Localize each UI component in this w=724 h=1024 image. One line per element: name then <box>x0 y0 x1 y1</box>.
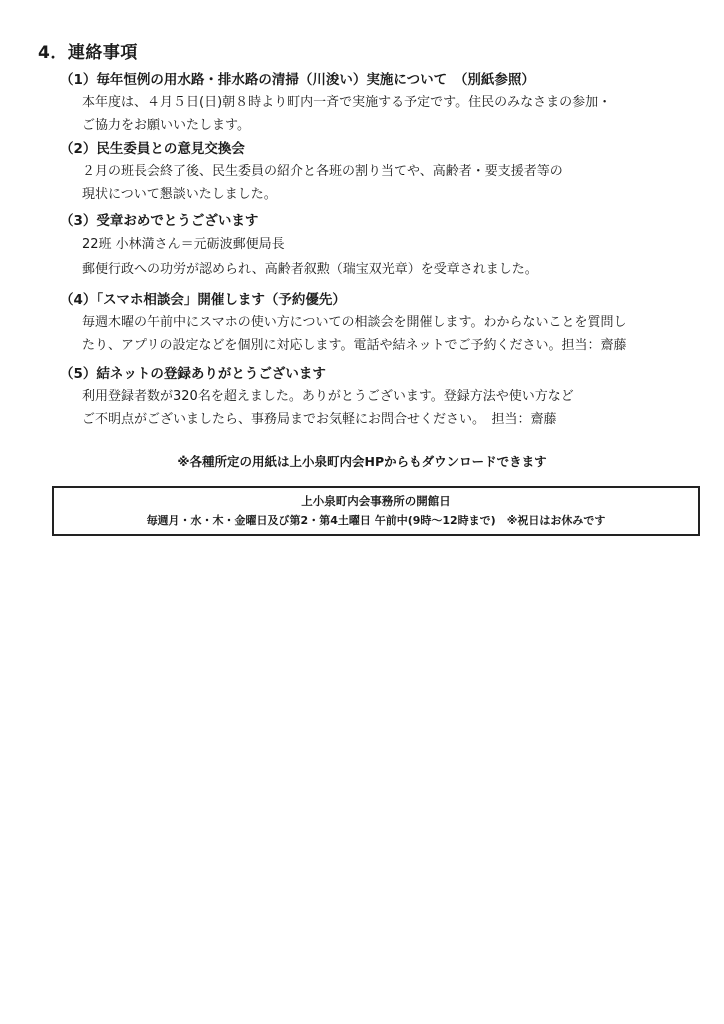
download-note: ※各種所定の用紙は上小泉町内会HPからもダウンロードできます <box>0 452 724 470</box>
notice-body: 22班 小林満さん＝元砺波郵便局長 郵便行政への功労が認められ、高齢者叙勲（瑞宝… <box>82 232 710 282</box>
notice-item-1: （1）毎年恒例の用水路・排水路の清掃（川浚い）実施について （別紙参照） 本年度… <box>60 69 710 137</box>
notice-title: （1）毎年恒例の用水路・排水路の清掃（川浚い）実施について （別紙参照） <box>60 69 710 91</box>
notice-title: （2）民生委員との意見交換会 <box>60 138 710 160</box>
notice-line: 利用登録者数が320名を超えました。ありがとうございます。登録方法や使い方など <box>82 385 710 408</box>
notice-line: ご不明点がございましたら、事務局までお気軽にお問合せください。 担当：齋藤 <box>82 408 710 431</box>
notice-title: （4）「スマホ相談会」開催します（予約優先） <box>60 289 710 311</box>
office-hours-title: 上小泉町内会事務所の開館日 <box>54 494 698 508</box>
notice-body: 利用登録者数が320名を超えました。ありがとうございます。登録方法や使い方など … <box>82 385 710 431</box>
notice-title: （5）結ネットの登録ありがとうございます <box>60 363 710 385</box>
notice-line: 毎週木曜の午前中にスマホの使い方についての相談会を開催します。わからないことを質… <box>82 311 710 334</box>
section-heading: 4．連絡事項 <box>38 38 138 63</box>
office-hours-detail: 毎週月・水・木・金曜日及び第2・第4土曜日 午前中(9時～12時まで) ※祝日は… <box>54 514 698 528</box>
notice-line: たり、アプリの設定などを個別に対応します。電話や結ネットでご予約ください。担当：… <box>82 334 710 357</box>
notice-item-2: （2）民生委員との意見交換会 ２月の班長会終了後、民生委員の紹介と各班の割り当て… <box>60 138 710 206</box>
notice-line: 本年度は、４月５日(日)朝８時より町内一斉で実施する予定です。住民のみなさまの参… <box>82 91 710 114</box>
notice-body: 本年度は、４月５日(日)朝８時より町内一斉で実施する予定です。住民のみなさまの参… <box>82 91 710 137</box>
notice-item-3: （3）受章おめでとうございます 22班 小林満さん＝元砺波郵便局長 郵便行政への… <box>60 210 710 282</box>
notice-line: 現状について懇談いたしました。 <box>82 183 710 206</box>
notice-line: 22班 小林満さん＝元砺波郵便局長 <box>82 232 710 257</box>
office-hours-box: 上小泉町内会事務所の開館日 毎週月・水・木・金曜日及び第2・第4土曜日 午前中(… <box>52 486 700 536</box>
document-page: 4．連絡事項 （1）毎年恒例の用水路・排水路の清掃（川浚い）実施について （別紙… <box>0 0 724 1024</box>
notice-item-4: （4）「スマホ相談会」開催します（予約優先） 毎週木曜の午前中にスマホの使い方に… <box>60 289 710 357</box>
notice-line: 郵便行政への功労が認められ、高齢者叙勲（瑞宝双光章）を受章されました。 <box>82 257 710 282</box>
notice-title: （3）受章おめでとうございます <box>60 210 710 232</box>
notice-body: 毎週木曜の午前中にスマホの使い方についての相談会を開催します。わからないことを質… <box>82 311 710 357</box>
notice-line: ２月の班長会終了後、民生委員の紹介と各班の割り当てや、高齢者・要支援者等の <box>82 160 710 183</box>
notice-body: ２月の班長会終了後、民生委員の紹介と各班の割り当てや、高齢者・要支援者等の 現状… <box>82 160 710 206</box>
notice-line: ご協力をお願いいたします。 <box>82 114 710 137</box>
notice-item-5: （5）結ネットの登録ありがとうございます 利用登録者数が320名を超えました。あ… <box>60 363 710 431</box>
